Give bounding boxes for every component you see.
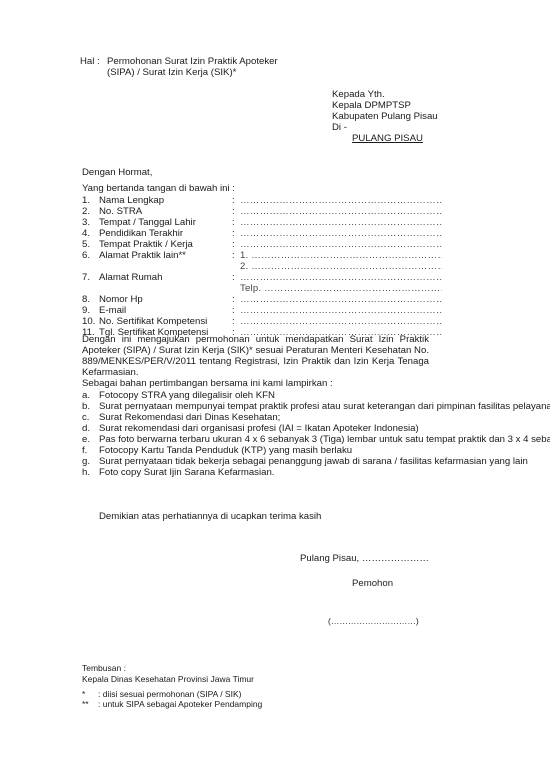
field-row: 4.Pendidikan Terakhir:………………………………………………… [82, 228, 442, 239]
field-colon [232, 261, 240, 272]
intro-text: Yang bertanda tangan di bawah ini : [82, 183, 235, 194]
field-colon: : [232, 239, 240, 250]
field-label: Tempat Praktik / Kerja [99, 239, 232, 250]
field-colon: : [232, 305, 240, 316]
footnote: **: untuk SIPA sebagai Apoteker Pendampi… [82, 699, 262, 709]
field-label: Tempat / Tanggal Lahir [99, 217, 232, 228]
field-label: Pendidikan Terakhir [99, 228, 232, 239]
field-colon: : [232, 217, 240, 228]
subject-line-2: (SIPA) / Surat Izin Kerja (SIK)* [80, 67, 278, 78]
attachment-key: a. [82, 390, 99, 401]
attachment-item: e.Pas foto berwarna terbaru ukuran 4 x 6… [82, 434, 429, 445]
field-row: 10.No. Sertifikat Kompetensi:……………………………… [82, 316, 442, 327]
field-row: 9.E-mail:……………………………………………………… [82, 305, 442, 316]
field-row: 3.Tempat / Tanggal Lahir:………………………………………… [82, 217, 442, 228]
field-number: 7. [82, 272, 99, 283]
field-value[interactable]: ……………………………………………………… [240, 239, 442, 250]
attachment-item: c.Surat Rekomendasi dari Dinas Kesehatan… [82, 412, 429, 423]
attachment-key: g. [82, 456, 99, 467]
attachments-list: a.Fotocopy STRA yang dilegalisir oleh KF… [82, 390, 429, 478]
field-colon: : [232, 316, 240, 327]
field-number [82, 283, 99, 294]
greeting: Dengan Hormat, [82, 167, 152, 178]
field-colon: : [232, 195, 240, 206]
attachment-text: Surat rekomendasi dari organisasi profes… [99, 423, 429, 434]
footnote-text: : untuk SIPA sebagai Apoteker Pendamping [98, 699, 262, 709]
field-row: 7.Alamat Rumah:……………………………………………………… [82, 272, 442, 283]
attachment-text: Surat pernyataan mempunyai tempat prakti… [99, 401, 550, 412]
field-number: 5. [82, 239, 99, 250]
field-value[interactable]: ……………………………………………………… [240, 305, 442, 316]
applicant-role: Pemohon [352, 578, 393, 589]
field-number: 1. [82, 195, 99, 206]
field-label: No. Sertifikat Kompetensi [99, 316, 232, 327]
footnote: *: diisi sesuai permohonan (SIPA / SIK) [82, 689, 262, 699]
attachment-text: Surat Rekomendasi dari Dinas Kesehatan; [99, 412, 429, 423]
field-value[interactable]: ……………………………………………………… [240, 294, 442, 305]
field-row: 2. …………………………………………………… [82, 261, 442, 272]
attachment-item: b.Surat pernyataan mempunyai tempat prak… [82, 401, 429, 412]
field-value[interactable]: ……………………………………………………… [240, 206, 442, 217]
attachment-text: Fotocopy Kartu Tanda Penduduk (KTP) yang… [99, 445, 429, 456]
attachment-key: b. [82, 401, 99, 412]
field-value[interactable]: ……………………………………………………… [240, 272, 442, 283]
footnote-mark: ** [82, 699, 98, 709]
footnote-mark: * [82, 689, 98, 699]
field-row: 6.Alamat Praktik lain**:1. …………………………………… [82, 250, 442, 261]
field-row: 5.Tempat Praktik / Kerja:………………………………………… [82, 239, 442, 250]
recipient-city: PULANG PISAU [332, 133, 423, 144]
field-value[interactable]: 1. …………………………………………………… [240, 250, 442, 261]
field-row: 1.Nama Lengkap:……………………………………………………… [82, 195, 442, 206]
applicant-fields: 1.Nama Lengkap:………………………………………………………2.No… [82, 195, 442, 338]
attachment-item: a.Fotocopy STRA yang dilegalisir oleh KF… [82, 390, 429, 401]
attachment-key: d. [82, 423, 99, 434]
field-label [99, 261, 232, 272]
signature-name-placeholder: (…………………………) [328, 616, 419, 627]
field-value[interactable]: ……………………………………………………… [240, 316, 442, 327]
field-colon [232, 283, 240, 294]
closing-text: Demikian atas perhatiannya di ucapkan te… [99, 511, 321, 522]
subject-block: Hal :Permohonan Surat Izin Praktik Apote… [80, 56, 278, 78]
attachment-text: Pas foto berwarna terbaru ukuran 4 x 6 s… [99, 434, 550, 445]
field-colon: : [232, 294, 240, 305]
field-colon: : [232, 206, 240, 217]
request-paragraph: Dengan ini mengajukan permohonan untuk m… [82, 334, 429, 378]
field-number: 6. [82, 250, 99, 261]
field-label: Nomor Hp [99, 294, 232, 305]
field-colon: : [232, 250, 240, 261]
subject-line-1: Permohonan Surat Izin Praktik Apoteker [107, 56, 278, 67]
field-label: Alamat Praktik lain** [99, 250, 232, 261]
field-label: E-mail [99, 305, 232, 316]
field-row: 8.Nomor Hp:……………………………………………………… [82, 294, 442, 305]
place-date: Pulang Pisau, ………………… [300, 553, 429, 564]
recipient-line-2: Kepala DPMPTSP [332, 100, 438, 111]
field-label: Alamat Rumah [99, 272, 232, 283]
attachment-text: Surat pernyataan tidak bekerja sebagai p… [99, 456, 528, 467]
footnote-text: : diisi sesuai permohonan (SIPA / SIK) [98, 689, 241, 699]
attachments-intro: Sebagai bahan pertimbangan bersama ini k… [82, 378, 333, 389]
hal-label: Hal : [80, 56, 107, 67]
cc-label: Tembusan : [82, 663, 126, 674]
field-number: 9. [82, 305, 99, 316]
field-number [82, 261, 99, 272]
attachment-key: c. [82, 412, 99, 423]
attachment-item: g.Surat pernyataan tidak bekerja sebagai… [82, 456, 429, 467]
recipient-line-4: Di - [332, 122, 438, 133]
field-label: Nama Lengkap [99, 195, 232, 206]
attachment-item: f.Fotocopy Kartu Tanda Penduduk (KTP) ya… [82, 445, 429, 456]
recipient-line-3: Kabupaten Pulang Pisau [332, 111, 438, 122]
attachment-item: d.Surat rekomendasi dari organisasi prof… [82, 423, 429, 434]
field-value[interactable]: Telp. ………………………………………………… [240, 283, 442, 294]
footnotes: *: diisi sesuai permohonan (SIPA / SIK)*… [82, 689, 262, 709]
field-row: 2.No. STRA:……………………………………………………… [82, 206, 442, 217]
field-number: 10. [82, 316, 99, 327]
field-number: 3. [82, 217, 99, 228]
attachment-key: f. [82, 445, 99, 456]
field-row: Telp. ………………………………………………… [82, 283, 442, 294]
field-value[interactable]: ……………………………………………………… [240, 195, 442, 206]
field-number: 2. [82, 206, 99, 217]
recipient-block: Kepada Yth. Kepala DPMPTSP Kabupaten Pul… [332, 89, 438, 144]
field-number: 4. [82, 228, 99, 239]
recipient-line-1: Kepada Yth. [332, 89, 438, 100]
attachment-key: h. [82, 467, 99, 478]
attachment-text: Foto copy Surat Ijin Sarana Kefarmasian. [99, 467, 429, 478]
field-label: No. STRA [99, 206, 232, 217]
field-value[interactable]: ……………………………………………………… [240, 228, 442, 239]
field-colon: : [232, 272, 240, 283]
attachment-key: e. [82, 434, 99, 445]
field-value[interactable]: ……………………………………………………… [240, 217, 442, 228]
attachment-text: Fotocopy STRA yang dilegalisir oleh KFN [99, 390, 429, 401]
attachment-item: h.Foto copy Surat Ijin Sarana Kefarmasia… [82, 467, 429, 478]
cc-recipient: Kepala Dinas Kesehatan Provinsi Jawa Tim… [82, 674, 254, 685]
field-label [99, 283, 232, 294]
field-value[interactable]: 2. …………………………………………………… [240, 261, 442, 272]
field-number: 8. [82, 294, 99, 305]
field-colon: : [232, 228, 240, 239]
